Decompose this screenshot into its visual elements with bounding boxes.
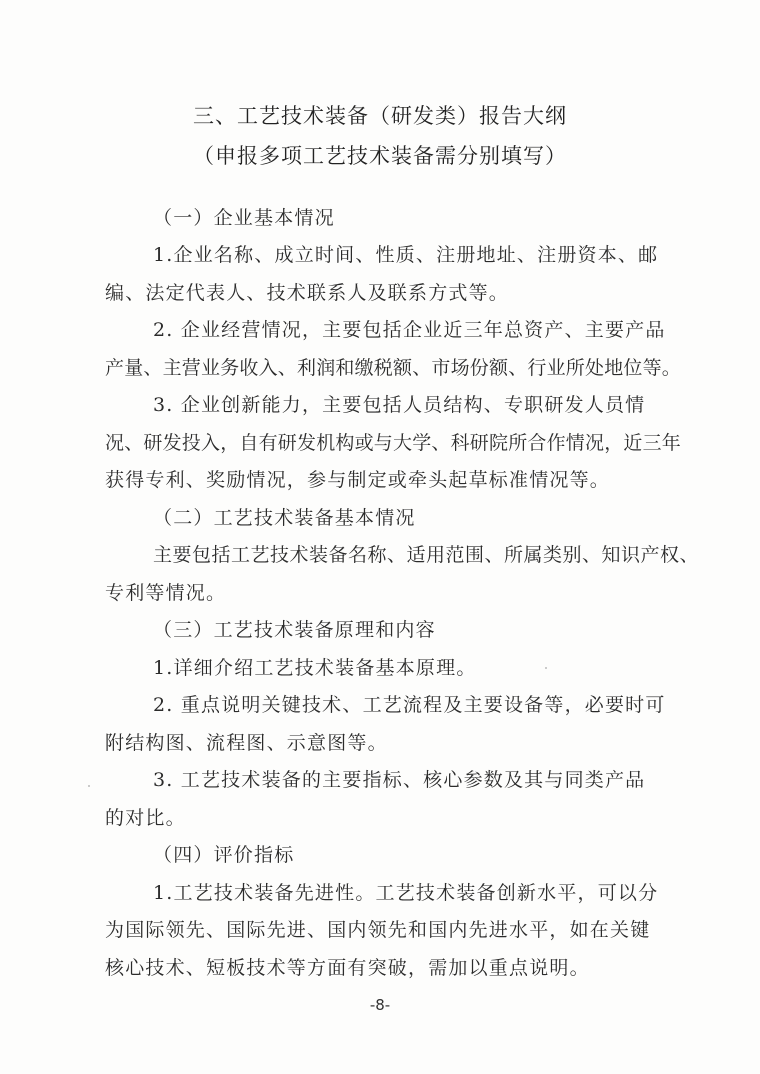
- document-title: 三、工艺技术装备（研发类）报告大纲: [0, 100, 760, 130]
- paragraph-line: 为国际领先、国际先进、国内领先和国内先进水平，如在关键: [105, 915, 680, 942]
- section-heading-3: （三）工艺技术装备原理和内容: [153, 615, 728, 642]
- paragraph-line: 2. 重点说明关键技术、工艺流程及主要设备等，必要时可: [153, 690, 728, 717]
- paragraph-line: 3. 企业创新能力，主要包括人员结构、专职研发人员情: [153, 390, 728, 417]
- document-subtitle: （申报多项工艺技术装备需分别填写）: [0, 140, 760, 170]
- paragraph-line: 获得专利、奖励情况，参与制定或牵头起草标准情况等。: [105, 465, 680, 492]
- paragraph-line: 编、法定代表人、技术联系人及联系方式等。: [105, 278, 680, 305]
- scan-speck: [88, 785, 90, 787]
- section-heading-2: （二）工艺技术装备基本情况: [153, 503, 728, 530]
- paragraph-line: 核心技术、短板技术等方面有突破，需加以重点说明。: [105, 953, 680, 980]
- paragraph-line: 2. 企业经营情况，主要包括企业近三年总资产、主要产品: [153, 315, 728, 342]
- section-heading-1: （一）企业基本情况: [153, 203, 728, 230]
- paragraph-line: 主要包括工艺技术装备名称、适用范围、所属类别、知识产权、: [153, 540, 728, 567]
- paragraph-line: 况、研发投入，自有研发机构或与大学、科研院所合作情况，近三年: [105, 428, 680, 455]
- section-heading-4: （四）评价指标: [153, 840, 728, 867]
- paragraph-line: 专利等情况。: [105, 578, 680, 605]
- paragraph-line: 产量、主营业务收入、利润和缴税额、市场份额、行业所处地位等。: [105, 353, 680, 380]
- scan-speck: [545, 667, 547, 669]
- page-number: -8-: [0, 996, 760, 1014]
- paragraph-line: 附结构图、流程图、示意图等。: [105, 728, 680, 755]
- paragraph-line: 1.企业名称、成立时间、性质、注册地址、注册资本、邮: [153, 240, 728, 267]
- paragraph-line: 的对比。: [105, 803, 680, 830]
- paragraph-line: 3. 工艺技术装备的主要指标、核心参数及其与同类产品: [153, 765, 728, 792]
- paragraph-line: 1.工艺技术装备先进性。工艺技术装备创新水平，可以分: [153, 878, 728, 905]
- paragraph-line: 1.详细介绍工艺技术装备基本原理。: [153, 653, 728, 680]
